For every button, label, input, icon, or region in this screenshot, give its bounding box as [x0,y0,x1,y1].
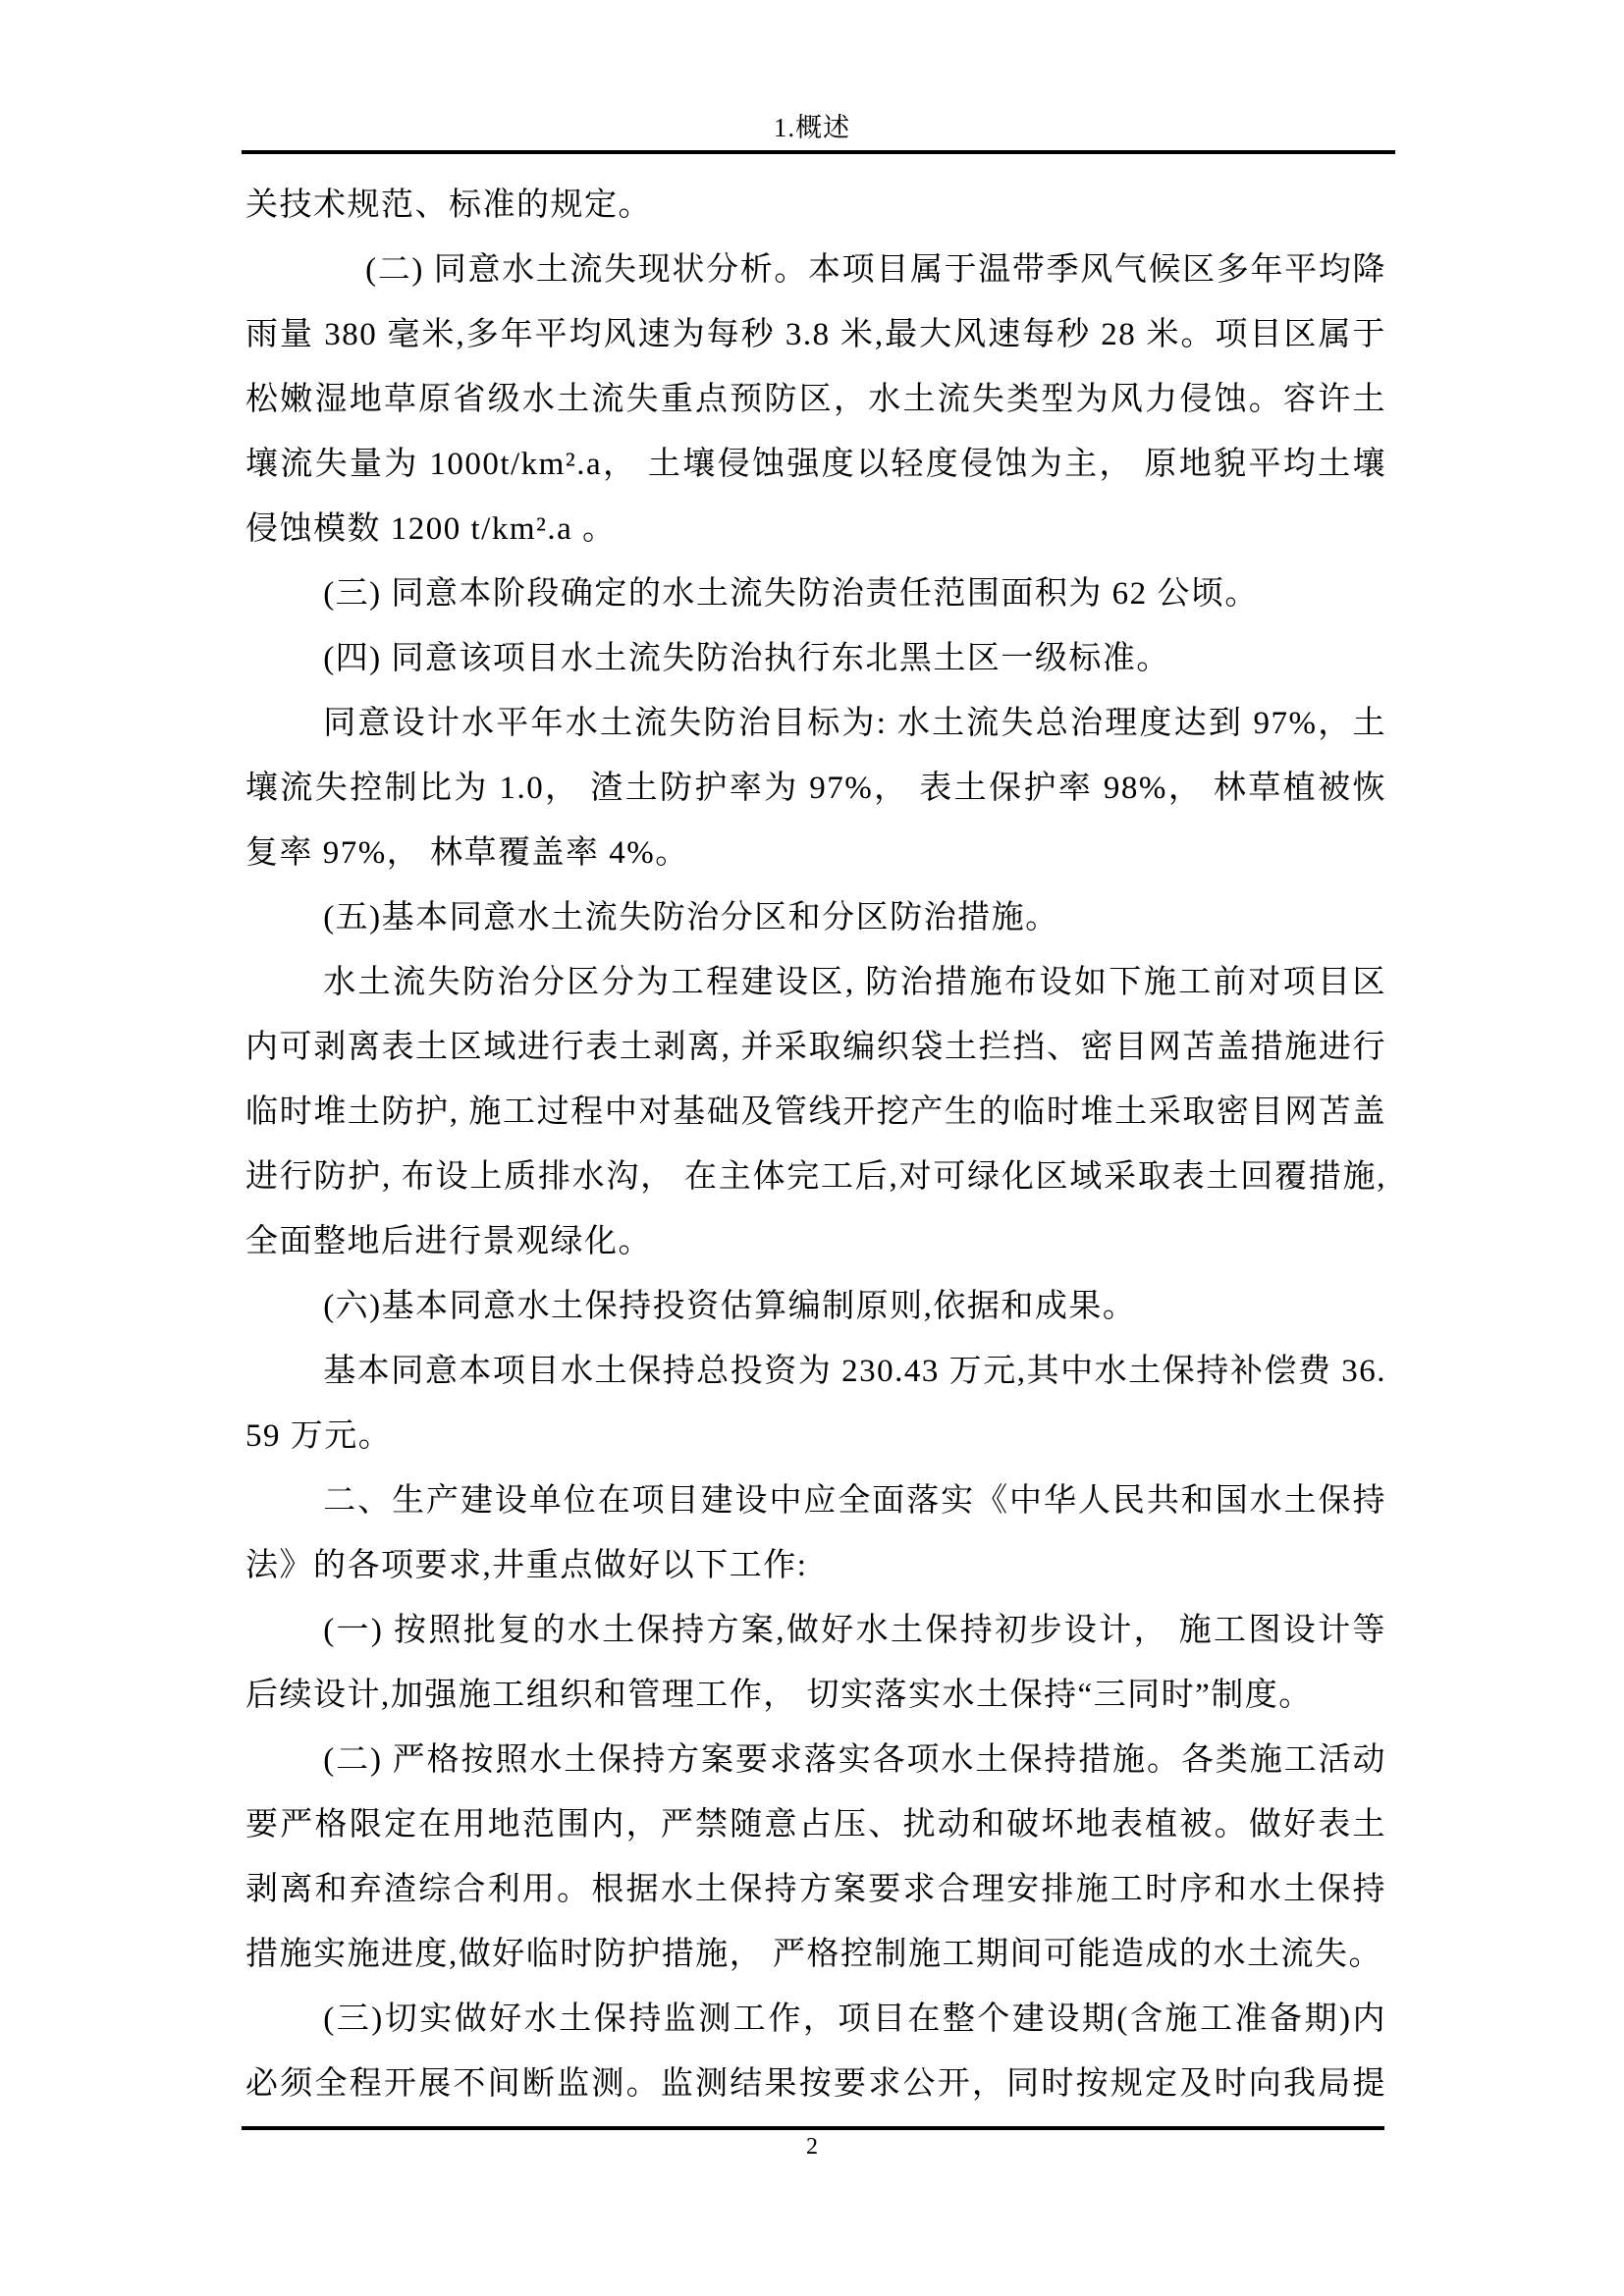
paragraph: 水土流失防治分区分为工程建设区, 防治措施布设如下施工前对项目区内可剥离表土区域… [245,950,1386,1274]
document-body: 关技术规范、标准的规定。 (二) 同意水土流失现状分析。本项目属于温带季风气候区… [245,173,1386,2121]
footer-rule [242,2126,1384,2130]
paragraph: (二) 同意水土流失现状分析。本项目属于温带季风气候区多年平均降雨量 380 毫… [245,238,1386,561]
paragraph: (三) 同意本阶段确定的水土流失防治责任范围面积为 62 公顷。 [245,561,1386,626]
paragraph: (三)切实做好水土保持监测工作，项目在整个建设期(含施工准备期)内必须全程开展不… [245,1987,1386,2121]
paragraph: (四) 同意该项目水土流失防治执行东北黑土区一级标准。 [245,626,1386,691]
paragraph: (二) 严格按照水土保持方案要求落实各项水土保持措施。各类施工活动要严格限定在用… [245,1728,1386,1987]
paragraph: 基本同意本项目水土保持总投资为 230.43 万元,其中水土保持补偿费 36.5… [245,1339,1386,1468]
header-rule [242,150,1395,154]
page-number: 2 [0,2132,1624,2162]
paragraph: 同意设计水平年水土流失防治目标为: 水土流失总治理度达到 97%，土壤流失控制比… [245,691,1386,885]
paragraph: (一) 按照批复的水土保持方案,做好水土保持初步设计， 施工图设计等后续设计,加… [245,1598,1386,1728]
paragraph: 二、生产建设单位在项目建设中应全面落实《中华人民共和国水土保持法》的各项要求,井… [245,1468,1386,1598]
paragraph: (六)基本同意水土保持投资估算编制原则,依据和成果。 [245,1274,1386,1339]
section-heading: 1.概述 [0,112,1624,143]
document-page: 1.概述 关技术规范、标准的规定。 (二) 同意水土流失现状分析。本项目属于温带… [0,0,1624,2296]
paragraph: (五)基本同意水土流失防治分区和分区防治措施。 [245,885,1386,950]
paragraph: 关技术规范、标准的规定。 [245,173,1386,238]
